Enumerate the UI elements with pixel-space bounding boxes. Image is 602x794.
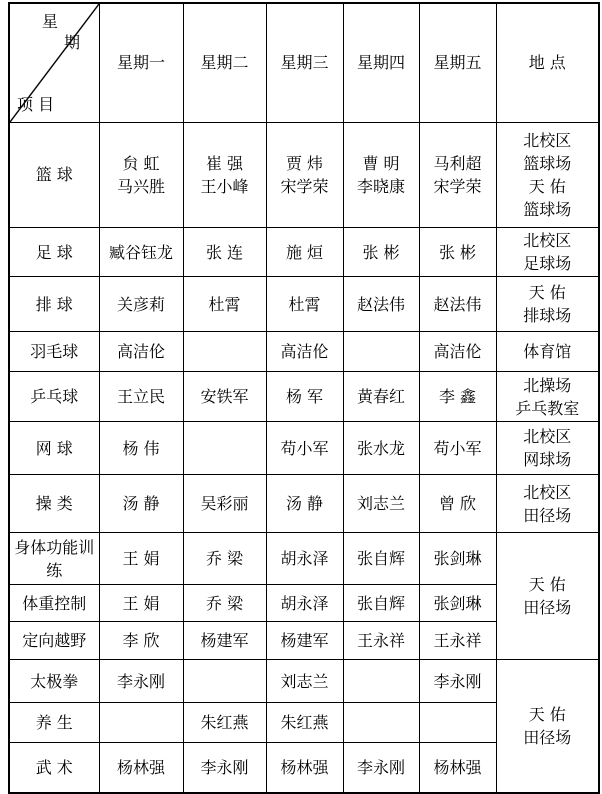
teacher-cell — [343, 660, 419, 703]
location-cell: 北校区 篮球场 天 佑 篮球场 — [496, 122, 599, 227]
teacher-cell: 杨建军 — [183, 622, 266, 660]
header-row: 星 期 项 目 星期一 星期二 星期三 星期四 星期五 地 点 — [9, 3, 599, 122]
row-aerobics: 操 类 汤 静 吴彩丽 汤 静 刘志兰 曾 欣 北校区 田径场 — [9, 475, 599, 533]
teacher-cell: 臧谷钰龙 — [99, 227, 183, 276]
teacher-cell: 王永祥 — [419, 622, 496, 660]
teacher-cell: 张剑琳 — [419, 533, 496, 585]
teacher-cell — [343, 703, 419, 743]
teacher-cell: 贠 虹 马兴胜 — [99, 122, 183, 227]
teacher-cell: 张自辉 — [343, 585, 419, 622]
teacher-cell — [183, 660, 266, 703]
row-volleyball: 排 球 关彦莉 杜霄 杜霄 赵法伟 赵法伟 天 佑 排球场 — [9, 277, 599, 332]
location-cell: 体育馆 — [496, 332, 599, 372]
location-cell-merged: 天 佑 田径场 — [496, 660, 599, 793]
teacher-cell: 曹 明 李晓康 — [343, 122, 419, 227]
teacher-cell: 黄春红 — [343, 372, 419, 422]
corner-week-label-1: 星 — [42, 10, 58, 33]
teacher-cell: 张自辉 — [343, 533, 419, 585]
teacher-cell: 杨林强 — [266, 743, 343, 793]
teacher-cell: 高洁伦 — [419, 332, 496, 372]
row-tai-chi: 太极拳 李永刚 刘志兰 李永刚 天 佑 田径场 — [9, 660, 599, 703]
item-label: 体重控制 — [9, 585, 99, 622]
teacher-cell — [183, 422, 266, 475]
teacher-cell: 胡永泽 — [266, 585, 343, 622]
teacher-cell: 朱红燕 — [183, 703, 266, 743]
item-label: 篮 球 — [9, 122, 99, 227]
location-cell-merged: 天 佑 田径场 — [496, 533, 599, 660]
teacher-cell: 马利超 宋学荣 — [419, 122, 496, 227]
teacher-cell: 刘志兰 — [343, 475, 419, 533]
teacher-cell: 李永刚 — [419, 660, 496, 703]
header-thursday: 星期四 — [343, 3, 419, 122]
teacher-cell: 赵法伟 — [419, 277, 496, 332]
item-label: 太极拳 — [9, 660, 99, 703]
location-cell: 北校区 田径场 — [496, 475, 599, 533]
teacher-cell: 王 娟 — [99, 585, 183, 622]
teacher-cell: 乔 梁 — [183, 585, 266, 622]
teacher-cell: 张剑琳 — [419, 585, 496, 622]
teacher-cell: 苟小军 — [266, 422, 343, 475]
teacher-cell: 刘志兰 — [266, 660, 343, 703]
teacher-cell: 李永刚 — [183, 743, 266, 793]
teacher-cell: 王 娟 — [99, 533, 183, 585]
teacher-cell: 崔 强 王小峰 — [183, 122, 266, 227]
header-wednesday: 星期三 — [266, 3, 343, 122]
teacher-cell: 杨林强 — [99, 743, 183, 793]
header-friday: 星期五 — [419, 3, 496, 122]
weekly-sports-schedule-table: 星 期 项 目 星期一 星期二 星期三 星期四 星期五 地 点 篮 球 贠 虹 … — [8, 2, 600, 794]
teacher-cell: 李 鑫 — [419, 372, 496, 422]
teacher-cell: 张 连 — [183, 227, 266, 276]
location-cell: 北操场 乒乓教室 — [496, 372, 599, 422]
item-label: 身体功能训练 — [9, 533, 99, 585]
row-tennis: 网 球 杨 伟 苟小军 张水龙 苟小军 北校区 网球场 — [9, 422, 599, 475]
teacher-cell: 曾 欣 — [419, 475, 496, 533]
row-badminton: 羽毛球 高洁伦 高洁伦 高洁伦 体育馆 — [9, 332, 599, 372]
teacher-cell: 李永刚 — [99, 660, 183, 703]
teacher-cell: 乔 梁 — [183, 533, 266, 585]
location-cell: 北校区 网球场 — [496, 422, 599, 475]
teacher-cell: 李永刚 — [343, 743, 419, 793]
teacher-cell: 杨 军 — [266, 372, 343, 422]
teacher-cell: 赵法伟 — [343, 277, 419, 332]
row-basketball: 篮 球 贠 虹 马兴胜 崔 强 王小峰 贾 炜 宋学荣 曹 明 李晓康 马利超 … — [9, 122, 599, 227]
item-label: 排 球 — [9, 277, 99, 332]
item-label: 网 球 — [9, 422, 99, 475]
header-monday: 星期一 — [99, 3, 183, 122]
teacher-cell: 汤 静 — [266, 475, 343, 533]
corner-cell: 星 期 项 目 — [9, 3, 99, 122]
item-label: 操 类 — [9, 475, 99, 533]
teacher-cell: 张水龙 — [343, 422, 419, 475]
teacher-cell — [419, 703, 496, 743]
row-body-function-training: 身体功能训练 王 娟 乔 梁 胡永泽 张自辉 张剑琳 天 佑 田径场 — [9, 533, 599, 585]
teacher-cell: 贾 炜 宋学荣 — [266, 122, 343, 227]
item-label: 武 术 — [9, 743, 99, 793]
location-cell: 天 佑 排球场 — [496, 277, 599, 332]
teacher-cell: 胡永泽 — [266, 533, 343, 585]
teacher-cell: 朱红燕 — [266, 703, 343, 743]
teacher-cell — [99, 703, 183, 743]
row-football: 足 球 臧谷钰龙 张 连 施 烜 张 彬 张 彬 北校区 足球场 — [9, 227, 599, 276]
teacher-cell: 苟小军 — [419, 422, 496, 475]
teacher-cell: 施 烜 — [266, 227, 343, 276]
header-tuesday: 星期二 — [183, 3, 266, 122]
teacher-cell: 杨建军 — [266, 622, 343, 660]
teacher-cell: 杨林强 — [419, 743, 496, 793]
teacher-cell: 汤 静 — [99, 475, 183, 533]
teacher-cell: 安铁军 — [183, 372, 266, 422]
corner-item-label: 项 目 — [17, 93, 54, 116]
item-label: 定向越野 — [9, 622, 99, 660]
item-label: 羽毛球 — [9, 332, 99, 372]
teacher-cell: 张 彬 — [343, 227, 419, 276]
teacher-cell — [183, 332, 266, 372]
teacher-cell: 杨 伟 — [99, 422, 183, 475]
header-location: 地 点 — [496, 3, 599, 122]
corner-week-label-2: 期 — [64, 31, 80, 54]
teacher-cell — [343, 332, 419, 372]
item-label: 乒乓球 — [9, 372, 99, 422]
teacher-cell: 高洁伦 — [266, 332, 343, 372]
location-cell: 北校区 足球场 — [496, 227, 599, 276]
teacher-cell: 张 彬 — [419, 227, 496, 276]
teacher-cell: 王永祥 — [343, 622, 419, 660]
teacher-cell: 李 欣 — [99, 622, 183, 660]
teacher-cell: 吴彩丽 — [183, 475, 266, 533]
row-table-tennis: 乒乓球 王立民 安铁军 杨 军 黄春红 李 鑫 北操场 乒乓教室 — [9, 372, 599, 422]
item-label: 足 球 — [9, 227, 99, 276]
teacher-cell: 高洁伦 — [99, 332, 183, 372]
teacher-cell: 杜霄 — [266, 277, 343, 332]
item-label: 养 生 — [9, 703, 99, 743]
teacher-cell: 关彦莉 — [99, 277, 183, 332]
teacher-cell: 杜霄 — [183, 277, 266, 332]
teacher-cell: 王立民 — [99, 372, 183, 422]
